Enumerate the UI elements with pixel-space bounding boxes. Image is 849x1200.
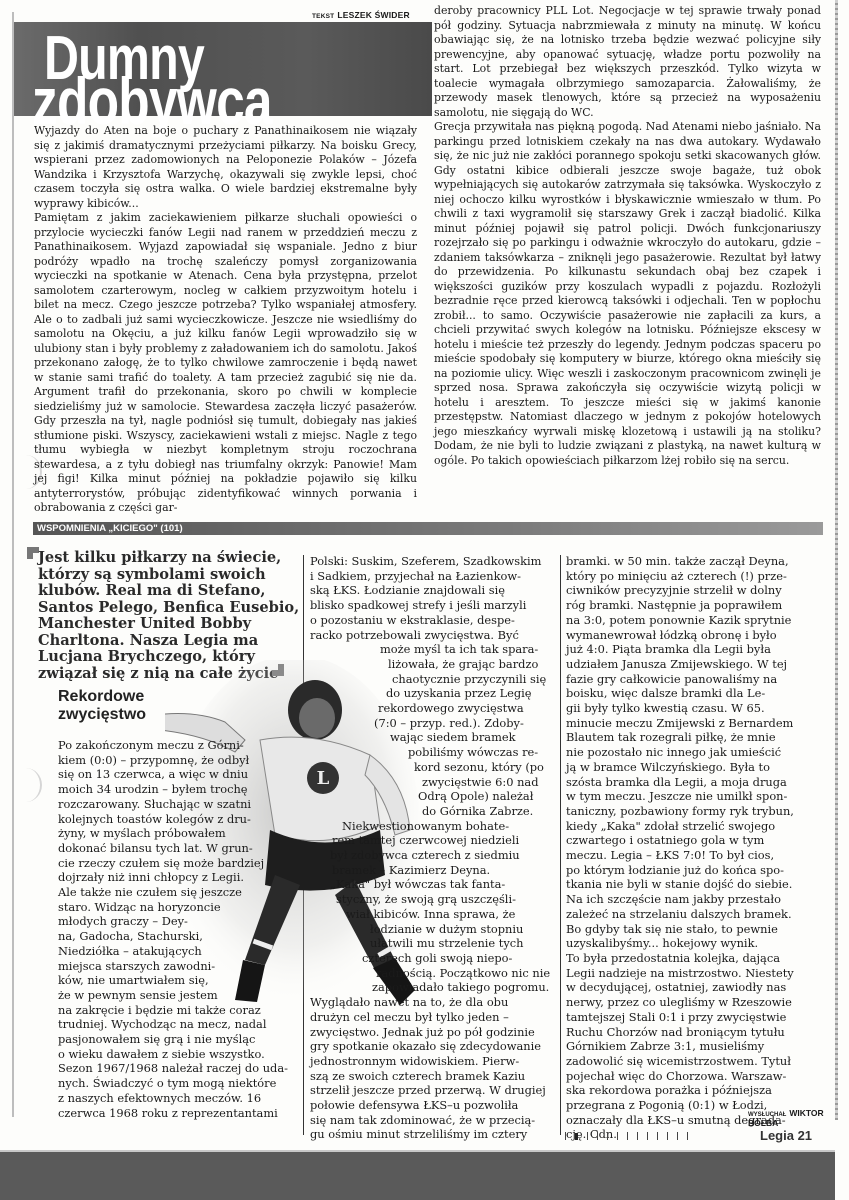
text-line: miejsca starszych zawodni- [58, 959, 288, 974]
text-line: na, Gadocha, Stachurski, [58, 929, 288, 944]
text-line: młodych graczy – Dey- [58, 914, 288, 929]
text-line: trudniej. Wychodząc na mecz, nadal [58, 1017, 288, 1032]
text-line: się nam tak zdominować, że w przecią- [310, 1113, 550, 1128]
paragraph: Wyjazdy do Aten na boje o puchary z Pana… [34, 124, 417, 211]
text-line: liżowała, że grając bardzo [310, 657, 550, 672]
text-line: żyny, w myślach próbowałem [58, 826, 288, 841]
text-line: taniczny, pozbawiony formy ryk trybun, [566, 804, 794, 819]
text-line: chaotycznie przyczynili się [310, 672, 550, 687]
text-line: boisku, więc dalsze bramki dla Le- [566, 686, 794, 701]
text-line: nerwy, przez co ulegliśmy w Rzeszowie [566, 995, 794, 1010]
paragraph: Grecja przywitała nas piękną pogodą. Nad… [434, 120, 821, 468]
text-line: szą ze swoich czterech bramek Kaziu [310, 1069, 550, 1084]
text-line: czerwca 1968 roku z reprezentantami [58, 1106, 288, 1121]
text-line: róg bramki. Następnie ja poprawiłem [566, 598, 794, 613]
article1-column-2: deroby pracownicy PLL Lot. Negocjacje w … [434, 4, 821, 468]
text-line: gry spotkanie okazało się zdecydowanie [310, 1039, 550, 1054]
text-line: jednostronnym widowiskiem. Pierw- [310, 1054, 550, 1069]
text-line: zadowolić się wicemistrzostwem. Tytuł [566, 1054, 794, 1069]
text-line: na zakręcie i będzie mi także coraz [58, 1003, 288, 1018]
text-line: ska rekordowa porażka i późniejsza [566, 1083, 794, 1098]
text-line: Po zakończonym meczu z Górni- [58, 738, 288, 753]
text-line: ułatwili mu strzelenie tych [310, 936, 550, 951]
text-line: „Kaka" był wówczas tak fanta- [310, 877, 550, 892]
text-line: kolejnych toastów kolegów z dru- [58, 812, 288, 827]
text-line: ków, nie umartwiałem się, [58, 973, 288, 988]
text-line: bramki. w 50 min. także zaczął Deyna, [566, 554, 794, 569]
column-divider [560, 555, 561, 1135]
text-line: gii były tylko kwestią czasu. W 65. [566, 701, 794, 716]
text-line: minucie meczu Zmijewski z Bernardem [566, 716, 794, 731]
text-line: tkania nie byli w stanie dojść do siebie… [566, 877, 794, 892]
text-line: radnością. Początkowo nic nie [310, 966, 550, 981]
text-line: (7:0 – przyp. red.). Zdoby- [310, 716, 550, 731]
text-line: szósta bramka dla Legii, a moja druga [566, 775, 794, 790]
text-line: po którym łodzianie już do końca spo- [566, 863, 794, 878]
text-line: z naszych efektownych meczów. 16 [58, 1091, 288, 1106]
text-line: o pozostaniu w ekstraklasie, despe- [310, 613, 550, 628]
subheading-line-2: zwycięstwo [58, 706, 146, 724]
text-line: Sezon 1967/1968 należał raczej do uda- [58, 1061, 288, 1076]
text-line: To była przedostatnia kolejka, dająca [566, 951, 794, 966]
text-line: ską ŁKS. Łodzianie znajdowali się [310, 583, 550, 598]
text-line: Ale także nie czułem się jeszcze [58, 885, 288, 900]
page-tick-marks [565, 1132, 688, 1140]
text-line: wymanewrował łódzką obronę i było [566, 628, 794, 643]
text-line: czterech goli swoją niepo- [310, 951, 550, 966]
byline-label: TEKST [312, 13, 334, 20]
text-line: do Górnika Zabrze. [310, 804, 550, 819]
text-line: Polski: Suskim, Szeferem, Szadkowskim [310, 554, 550, 569]
text-line: udziałem Janusza Zmijewskiego. W tej [566, 657, 794, 672]
text-line: staro. Widząc na horyzoncie [58, 900, 288, 915]
text-line: meczu. Legia – ŁKS 7:0! To był cios, [566, 848, 794, 863]
text-line: blisko spadkowej strefy i jeśli marzyli [310, 598, 550, 613]
text-line: Legii nadzieje na mistrzostwo. Niestety [566, 966, 794, 981]
article2-column-2: Polski: Suskim, Szeferem, Szadkowskim i … [310, 554, 550, 1142]
page-right-edge [835, 0, 838, 1120]
text-line: kiem (0:0) – przypomnę, że odbył [58, 753, 288, 768]
text-line: styczny, że swoją grą uszczęśli- [310, 892, 550, 907]
text-line: wiał kibiców. Inna sprawa, że [310, 907, 550, 922]
text-line: który po minięciu aż czterech (!) prze- [566, 569, 794, 584]
text-line: w decydującej, ostatniej, zawiodły nas [566, 980, 794, 995]
text-line: do uzyskania przez Legię [310, 686, 550, 701]
text-line: racko potrzebowali zwycięstwa. Być [310, 628, 550, 643]
text-line: czwartego i ostatniego gola w tym [566, 833, 794, 848]
text-line: ciwników precyzyjnie strzelił w dolny [566, 583, 794, 598]
text-line: zwycięstwo. Jednak już po pół godzinie [310, 1025, 550, 1040]
text-line: się on 13 czerwca, a więc w dniu [58, 767, 288, 782]
text-line: rozczarowany. Słuchając w szatni [58, 797, 288, 812]
author-credit: WYSŁUCHAŁWIKTOR BOŁBA [748, 1108, 849, 1128]
text-line: nych. Świadczyć o tym mogą niektóre [58, 1076, 288, 1091]
text-line: kiedy „Kaka" zdołał strzelić swojego [566, 819, 794, 834]
article2-column-1: Po zakończonym meczu z Górni- kiem (0:0)… [58, 738, 288, 1120]
text-line: strzelił jeszcze przed przerwą. W drugie… [310, 1083, 550, 1098]
text-line: uzyskalibyśmy... hokejowy wynik. [566, 936, 794, 951]
text-line: rem tamtej czerwcowej niedzieli [310, 833, 550, 848]
paragraph: Pamiętam z jakim zaciekawieniem piłkarze… [34, 211, 417, 516]
paragraph: deroby pracownicy PLL Lot. Negocjacje w … [434, 4, 821, 120]
text-line: Górnikiem Zabrze 3:1, musieliśmy [566, 1039, 794, 1054]
text-line: połowie defensywa ŁKS–u pozwoliła [310, 1098, 550, 1113]
text-line: bramek – Kazimierz Deyna. [310, 863, 550, 878]
text-line: Bo gdyby tak się nie stało, to pewnie [566, 922, 794, 937]
credit-name: WIKTOR BOŁBA [748, 1108, 824, 1128]
text-line: nie pozostało nic innego jak umieścić [566, 745, 794, 760]
text-line: tamtejszej Stali 0:1 i przy zwycięstwie [566, 1010, 794, 1025]
text-line: o wieku dawałem z siebie wszystko. [58, 1047, 288, 1062]
text-line: Odrą Opole) należał [310, 789, 550, 804]
text-line: dokonać bilansu tych lat. W grun- [58, 841, 288, 856]
text-line: na 3:0, potem ponownie Kazik sprytnie [566, 613, 794, 628]
scan-bottom-band [0, 1150, 835, 1200]
text-line: zwycięstwie 6:0 nad [310, 775, 550, 790]
text-line: pasjonowałem się grą i nie myśląc [58, 1032, 288, 1047]
section-header-bar: WSPOMNIENIA „KICIEGO" (101) [33, 522, 823, 535]
text-line: ją w bramce Wilczyńskiego. Była to [566, 760, 794, 775]
subheading: Rekordowe zwycięstwo [58, 688, 146, 724]
text-line: zależeć na strzelaniu dalszych bramek. [566, 907, 794, 922]
text-line: był zdobywca czterech z siedmiu [310, 848, 550, 863]
byline-author: LESZEK ŚWIDER [337, 10, 410, 20]
text-line: może myśl ta ich tak spara- [310, 642, 550, 657]
text-line: dojrzały niż inni chłopcy z Legii. [58, 870, 288, 885]
text-line: rekordowego zwycięstwa [310, 701, 550, 716]
text-line: że w pewnym sensie jestem [58, 988, 288, 1003]
article2-column-3: bramki. w 50 min. także zaczął Deyna, kt… [566, 554, 794, 1142]
text-line: Na ich szczęście nam jakby przestało [566, 892, 794, 907]
text-line: już 4:0. Piąta bramka dla Legii była [566, 642, 794, 657]
text-line: cie rzeczy czułem się może bardziej [58, 856, 288, 871]
page-left-edge [12, 12, 14, 1117]
text-line: Wyglądało nawet na to, że dla obu [310, 995, 550, 1010]
text-line: i Sadkiem, przyjechał na Łazienkow- [310, 569, 550, 584]
text-line: pojechał więc do Chorzowa. Warszaw- [566, 1069, 794, 1084]
text-line: Niekwestionowanym bohate- [310, 819, 550, 834]
text-line: łodzianie w dużym stopniu [310, 922, 550, 937]
text-line: Ruchu Chorzów nad broniącym tytułu [566, 1025, 794, 1040]
text-line: Blautem tak rozegrali piłkę, że mnie [566, 730, 794, 745]
byline: TEKSTLESZEK ŚWIDER [312, 10, 410, 20]
binder-hole [10, 768, 42, 802]
text-line: fazie gry całkowicie panowaliśmy na [566, 672, 794, 687]
subheading-line-1: Rekordowe [58, 688, 146, 706]
text-line: pobiliśmy wówczas re- [310, 745, 550, 760]
text-line: Niedziółka – atakujących [58, 944, 288, 959]
text-line: zapowiadało takiego pogromu. [310, 980, 550, 995]
section-label: WSPOMNIENIA „KICIEGO" (101) [37, 522, 183, 535]
text-line: wając siedem bramek [310, 730, 550, 745]
text-line: kord sezonu, który (po [310, 760, 550, 775]
text-line: gu ośmiu minut strzeliliśmy im cztery [310, 1127, 550, 1142]
text-line: moich 34 urodzin – byłem trochę [58, 782, 288, 797]
text-line: w tym meczu. Jeszcze nie umilkł spon- [566, 789, 794, 804]
page-folio: Legia 21 [760, 1128, 812, 1143]
headline-banner: Dumny zdobywca fig [14, 22, 432, 116]
text-line: drużyn cel meczu był tylko jeden – [310, 1010, 550, 1025]
article1-column-1: Wyjazdy do Aten na boje o puchary z Pana… [34, 124, 417, 516]
